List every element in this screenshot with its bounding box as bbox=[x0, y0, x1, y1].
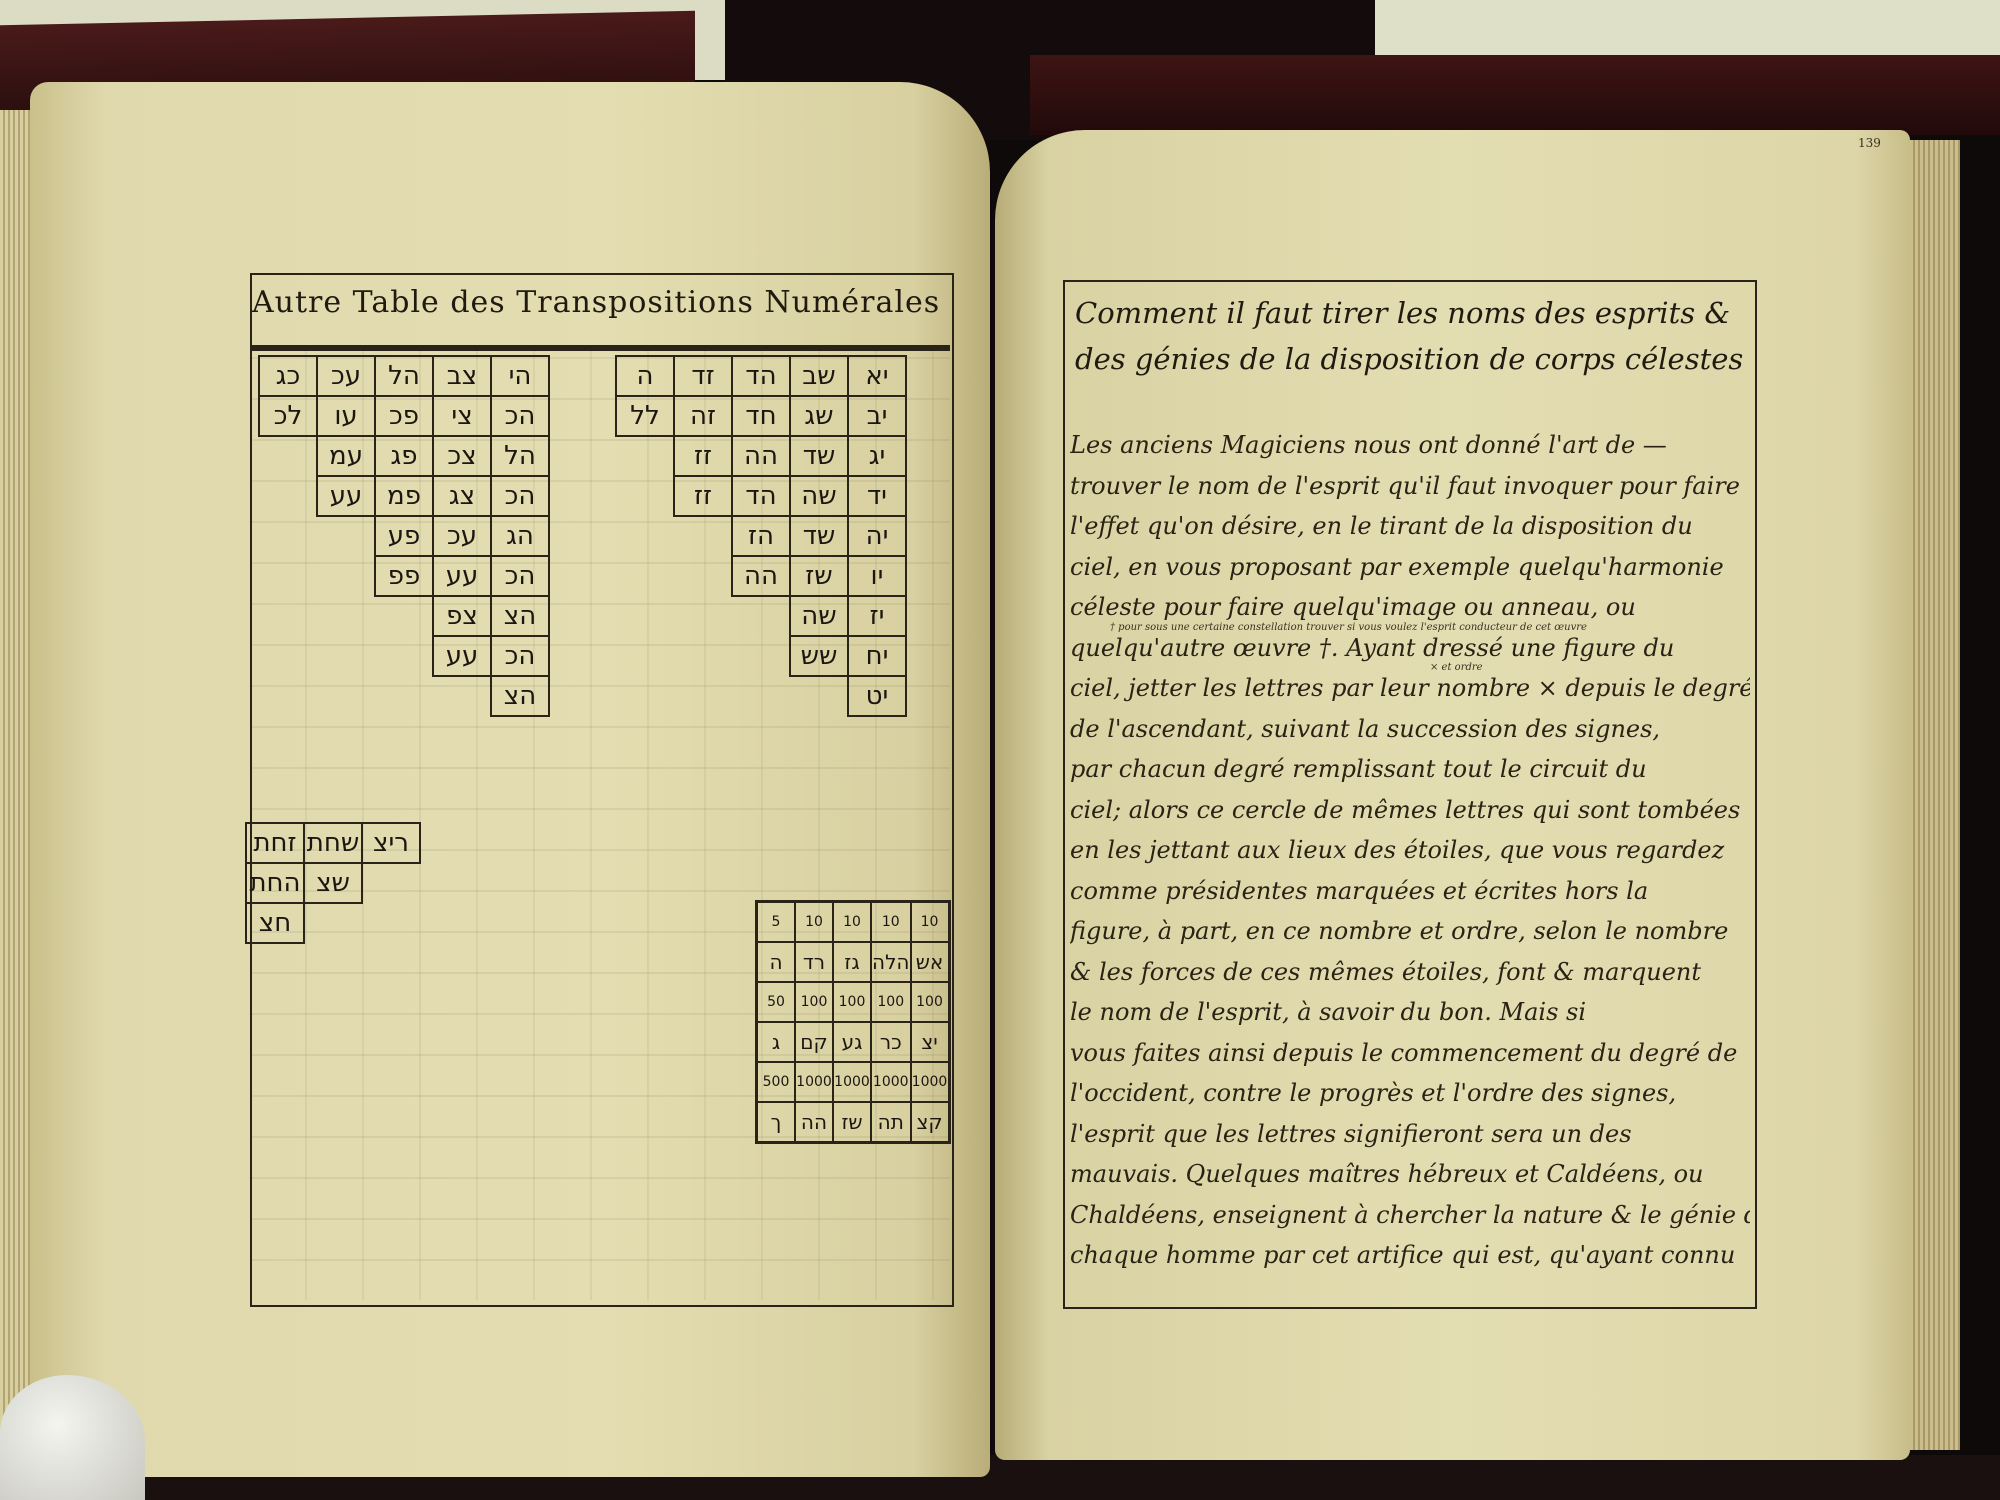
table-cell bbox=[259, 596, 317, 636]
table-cell bbox=[259, 676, 317, 716]
table-cell bbox=[375, 636, 433, 676]
table-cell: כג bbox=[259, 356, 317, 396]
table-cell: עכ bbox=[433, 516, 491, 556]
table-cell: שחת bbox=[304, 823, 362, 863]
text-line: l'occident, contre le progrès et l'ordre… bbox=[1070, 1073, 1750, 1114]
table-row: הצצפ bbox=[259, 596, 549, 636]
numeric-value-cell: 5 bbox=[757, 902, 796, 943]
hebrew-table-c: ריצשחתזחתשצהחתחצ bbox=[245, 822, 421, 944]
table-row: 510101010 bbox=[757, 902, 950, 943]
table-row: הלצכפגעמ bbox=[259, 436, 549, 476]
table-cell bbox=[674, 596, 732, 636]
table-cell: הצ bbox=[491, 596, 549, 636]
table-cell: צג bbox=[433, 476, 491, 516]
table-row: הכצגפמעע bbox=[259, 476, 549, 516]
hebrew-letter-cell: ה bbox=[757, 942, 796, 982]
table-cell: זז bbox=[674, 476, 732, 516]
table-cell: הי bbox=[491, 356, 549, 396]
text-line: mauvais. Quelques maîtres hébreux et Cal… bbox=[1070, 1154, 1750, 1195]
table-row: ךההשזתהקצ bbox=[757, 1102, 950, 1143]
table-row: יגשדההזז bbox=[616, 436, 906, 476]
numeric-value-cell: 1000 bbox=[871, 1062, 911, 1102]
table-cell: עע bbox=[433, 636, 491, 676]
numeric-value-cell: 1000 bbox=[911, 1062, 950, 1102]
chapter-heading: Comment il faut tirer les noms des espri… bbox=[1075, 290, 1755, 382]
hebrew-letter-cell: שז bbox=[833, 1102, 871, 1143]
table-cell: חד bbox=[732, 396, 790, 436]
text-line: quelqu'autre œuvre †. Ayant dressé une f… bbox=[1070, 628, 1750, 669]
hebrew-table-a: היצבהלעככגהכציפכעולכהלצכפגעמהכצגפמעעהגעכ… bbox=[258, 355, 550, 717]
table-cell bbox=[674, 676, 732, 716]
hebrew-letter-cell: יצ bbox=[911, 1022, 950, 1062]
table-cell: עמ bbox=[317, 436, 375, 476]
table-cell bbox=[433, 676, 491, 716]
table-cell: צפ bbox=[433, 596, 491, 636]
text-line: l'effet qu'on désire, en le tirant de la… bbox=[1070, 506, 1750, 547]
table-cell: שד bbox=[790, 516, 848, 556]
table-cell: פמ bbox=[375, 476, 433, 516]
table-row: הכעע bbox=[259, 636, 549, 676]
chapter-heading-line-1: Comment il faut tirer les noms des espri… bbox=[1075, 290, 1755, 336]
numeric-value-table: 510101010הרדגזהלהאש50100100100100גקםגעכר… bbox=[755, 900, 951, 1144]
table-cell bbox=[259, 556, 317, 596]
table-cell: שה bbox=[790, 596, 848, 636]
table-cell bbox=[616, 436, 674, 476]
numeric-value-cell: 100 bbox=[911, 982, 950, 1022]
table-cell: יא bbox=[848, 356, 906, 396]
table-cell bbox=[317, 556, 375, 596]
table-cell: עכ bbox=[317, 356, 375, 396]
table-cell bbox=[732, 676, 790, 716]
numeric-value-cell: 100 bbox=[795, 982, 833, 1022]
text-line: trouver le nom de l'esprit qu'il faut in… bbox=[1070, 466, 1750, 507]
table-cell bbox=[317, 596, 375, 636]
numeric-value-cell: 10 bbox=[833, 902, 871, 943]
hebrew-letter-cell: הלה bbox=[871, 942, 911, 982]
table-cell: יד bbox=[848, 476, 906, 516]
table-row: הכעעפפ bbox=[259, 556, 549, 596]
hebrew-letter-cell: רד bbox=[795, 942, 833, 982]
table-cell: שז bbox=[790, 556, 848, 596]
table-cell: שה bbox=[790, 476, 848, 516]
table-row: גקםגעכריצ bbox=[757, 1022, 950, 1062]
hebrew-letter-cell: אש bbox=[911, 942, 950, 982]
table-cell bbox=[259, 436, 317, 476]
table-cell: עו bbox=[317, 396, 375, 436]
page-number: 139 bbox=[1858, 136, 1881, 150]
table-cell: ריצ bbox=[362, 823, 420, 863]
table-cell: הד bbox=[732, 476, 790, 516]
text-line: l'esprit que les lettres signifieront se… bbox=[1070, 1114, 1750, 1155]
table-cell bbox=[674, 636, 732, 676]
table-cell: פע bbox=[375, 516, 433, 556]
table-row: יאשבהדזדה bbox=[616, 356, 906, 396]
table-row: יבשגחדזהלל bbox=[616, 396, 906, 436]
numeric-value-cell: 10 bbox=[911, 902, 950, 943]
table-cell: פג bbox=[375, 436, 433, 476]
table-cell bbox=[616, 556, 674, 596]
table-row: יזשה bbox=[616, 596, 906, 636]
text-line: comme présidentes marquées et écrites ho… bbox=[1070, 871, 1750, 912]
table-cell: לכ bbox=[259, 396, 317, 436]
table-cell bbox=[616, 516, 674, 556]
table-cell bbox=[317, 516, 375, 556]
table-cell: פפ bbox=[375, 556, 433, 596]
table-cell: הה bbox=[732, 556, 790, 596]
table-cell: הג bbox=[491, 516, 549, 556]
table-cell: יו bbox=[848, 556, 906, 596]
table-cell: צב bbox=[433, 356, 491, 396]
numeric-value-cell: 10 bbox=[871, 902, 911, 943]
table-cell bbox=[259, 476, 317, 516]
table-row: יהשדהז bbox=[616, 516, 906, 556]
background-wall-right bbox=[1370, 0, 2000, 60]
table-cell bbox=[362, 863, 420, 903]
table-row: ריצשחתזחת bbox=[246, 823, 420, 863]
table-cell: הכ bbox=[491, 636, 549, 676]
table-cell bbox=[317, 636, 375, 676]
hebrew-letter-cell: כר bbox=[871, 1022, 911, 1062]
table-cell bbox=[616, 636, 674, 676]
table-cell bbox=[732, 596, 790, 636]
table-cell bbox=[304, 903, 362, 943]
table-cell: יה bbox=[848, 516, 906, 556]
table-row: יט bbox=[616, 676, 906, 716]
hebrew-table-b: יאשבהדזדהיבשגחדזהלליגשדההזזידשההדזזיהשדה… bbox=[615, 355, 907, 717]
text-line: Chaldéens, enseignent à chercher la natu… bbox=[1070, 1195, 1750, 1236]
table-row: 50100100100100 bbox=[757, 982, 950, 1022]
text-line: Les anciens Magiciens nous ont donné l'a… bbox=[1070, 425, 1750, 466]
text-line: & les forces de ces mêmes étoiles, font … bbox=[1070, 952, 1750, 993]
table-cell bbox=[732, 636, 790, 676]
table-cell: החת bbox=[246, 863, 304, 903]
table-cell: חצ bbox=[246, 903, 304, 943]
table-cell: שד bbox=[790, 436, 848, 476]
table-cell: עע bbox=[317, 476, 375, 516]
table-cell bbox=[375, 676, 433, 716]
numeric-value-cell: 1000 bbox=[795, 1062, 833, 1102]
table-cell bbox=[259, 516, 317, 556]
table-cell bbox=[317, 676, 375, 716]
table-cell: זז bbox=[674, 436, 732, 476]
table-cell: הל bbox=[375, 356, 433, 396]
table-row: חצ bbox=[246, 903, 420, 943]
table-row: 5001000100010001000 bbox=[757, 1062, 950, 1102]
table-cell: יט bbox=[848, 676, 906, 716]
table-cell: צכ bbox=[433, 436, 491, 476]
table-cell: יח bbox=[848, 636, 906, 676]
text-line: de l'ascendant, suivant la succession de… bbox=[1070, 709, 1750, 750]
table-cell: צי bbox=[433, 396, 491, 436]
table-cell: שצ bbox=[304, 863, 362, 903]
text-line: vous faites ainsi depuis le commencement… bbox=[1070, 1033, 1750, 1074]
hebrew-letter-cell: ך bbox=[757, 1102, 796, 1143]
numeric-value-cell: 100 bbox=[871, 982, 911, 1022]
table-cell bbox=[362, 903, 420, 943]
numeric-value-cell: 50 bbox=[757, 982, 796, 1022]
table-cell bbox=[616, 476, 674, 516]
text-line: ciel; alors ce cercle de mêmes lettres q… bbox=[1070, 790, 1750, 831]
table-cell: שג bbox=[790, 396, 848, 436]
table-row: הגעכפע bbox=[259, 516, 549, 556]
table-cell: יז bbox=[848, 596, 906, 636]
text-line: ciel, en vous proposant par exemple quel… bbox=[1070, 547, 1750, 588]
table-cell: ה bbox=[616, 356, 674, 396]
table-cell bbox=[674, 516, 732, 556]
table-cell bbox=[259, 636, 317, 676]
page-edges-right bbox=[1905, 140, 1960, 1450]
numeric-value-cell: 10 bbox=[795, 902, 833, 943]
manuscript-body-text: Les anciens Magiciens nous ont donné l'a… bbox=[1070, 425, 1750, 1276]
table-cell: זה bbox=[674, 396, 732, 436]
hebrew-letter-cell: גע bbox=[833, 1022, 871, 1062]
text-line: ciel, jetter les lettres par leur nombre… bbox=[1070, 668, 1750, 709]
table-row: שצהחת bbox=[246, 863, 420, 903]
table-row: היצבהלעככג bbox=[259, 356, 549, 396]
table-cell bbox=[616, 676, 674, 716]
table-cell: פכ bbox=[375, 396, 433, 436]
hebrew-letter-cell: הה bbox=[795, 1102, 833, 1143]
table-row: יחשש bbox=[616, 636, 906, 676]
text-line: en les jettant aux lieux des étoiles, qu… bbox=[1070, 830, 1750, 871]
table-row: יושזהה bbox=[616, 556, 906, 596]
title-rule bbox=[250, 345, 950, 351]
table-row: הצ bbox=[259, 676, 549, 716]
table-cell: שש bbox=[790, 636, 848, 676]
table-title: Autre Table des Transpositions Numérales bbox=[252, 285, 952, 320]
table-cell bbox=[790, 676, 848, 716]
hebrew-letter-cell: תה bbox=[871, 1102, 911, 1143]
table-cell: זחת bbox=[246, 823, 304, 863]
table-cell bbox=[674, 556, 732, 596]
table-cell: עע bbox=[433, 556, 491, 596]
table-row: הרדגזהלהאש bbox=[757, 942, 950, 982]
table-cell: הכ bbox=[491, 476, 549, 516]
table-cell bbox=[375, 596, 433, 636]
text-line: par chacun degré remplissant tout le cir… bbox=[1070, 749, 1750, 790]
table-cell: יב bbox=[848, 396, 906, 436]
table-cell: הכ bbox=[491, 396, 549, 436]
table-row: הכציפכעולכ bbox=[259, 396, 549, 436]
table-cell: הל bbox=[491, 436, 549, 476]
table-cell: זד bbox=[674, 356, 732, 396]
numeric-value-cell: 500 bbox=[757, 1062, 796, 1102]
book-cover-right bbox=[1030, 55, 2000, 135]
table-row: ידשההדזז bbox=[616, 476, 906, 516]
text-line: figure, à part, en ce nombre et ordre, s… bbox=[1070, 911, 1750, 952]
table-cell: הצ bbox=[491, 676, 549, 716]
chapter-heading-line-2: des génies de la disposition de corps cé… bbox=[1075, 336, 1755, 382]
table-cell: שב bbox=[790, 356, 848, 396]
numeric-value-cell: 100 bbox=[833, 982, 871, 1022]
hebrew-letter-cell: גז bbox=[833, 942, 871, 982]
table-cell: הד bbox=[732, 356, 790, 396]
table-cell: יג bbox=[848, 436, 906, 476]
hebrew-letter-cell: ג bbox=[757, 1022, 796, 1062]
table-cell bbox=[616, 596, 674, 636]
table-cell: לל bbox=[616, 396, 674, 436]
text-line: le nom de l'esprit, à savoir du bon. Mai… bbox=[1070, 992, 1750, 1033]
text-line: chaque homme par cet artifice qui est, q… bbox=[1070, 1235, 1750, 1276]
hebrew-letter-cell: קצ bbox=[911, 1102, 950, 1143]
table-cell: הכ bbox=[491, 556, 549, 596]
numeric-value-cell: 1000 bbox=[833, 1062, 871, 1102]
table-cell: הז bbox=[732, 516, 790, 556]
table-cell: הה bbox=[732, 436, 790, 476]
hebrew-letter-cell: קם bbox=[795, 1022, 833, 1062]
